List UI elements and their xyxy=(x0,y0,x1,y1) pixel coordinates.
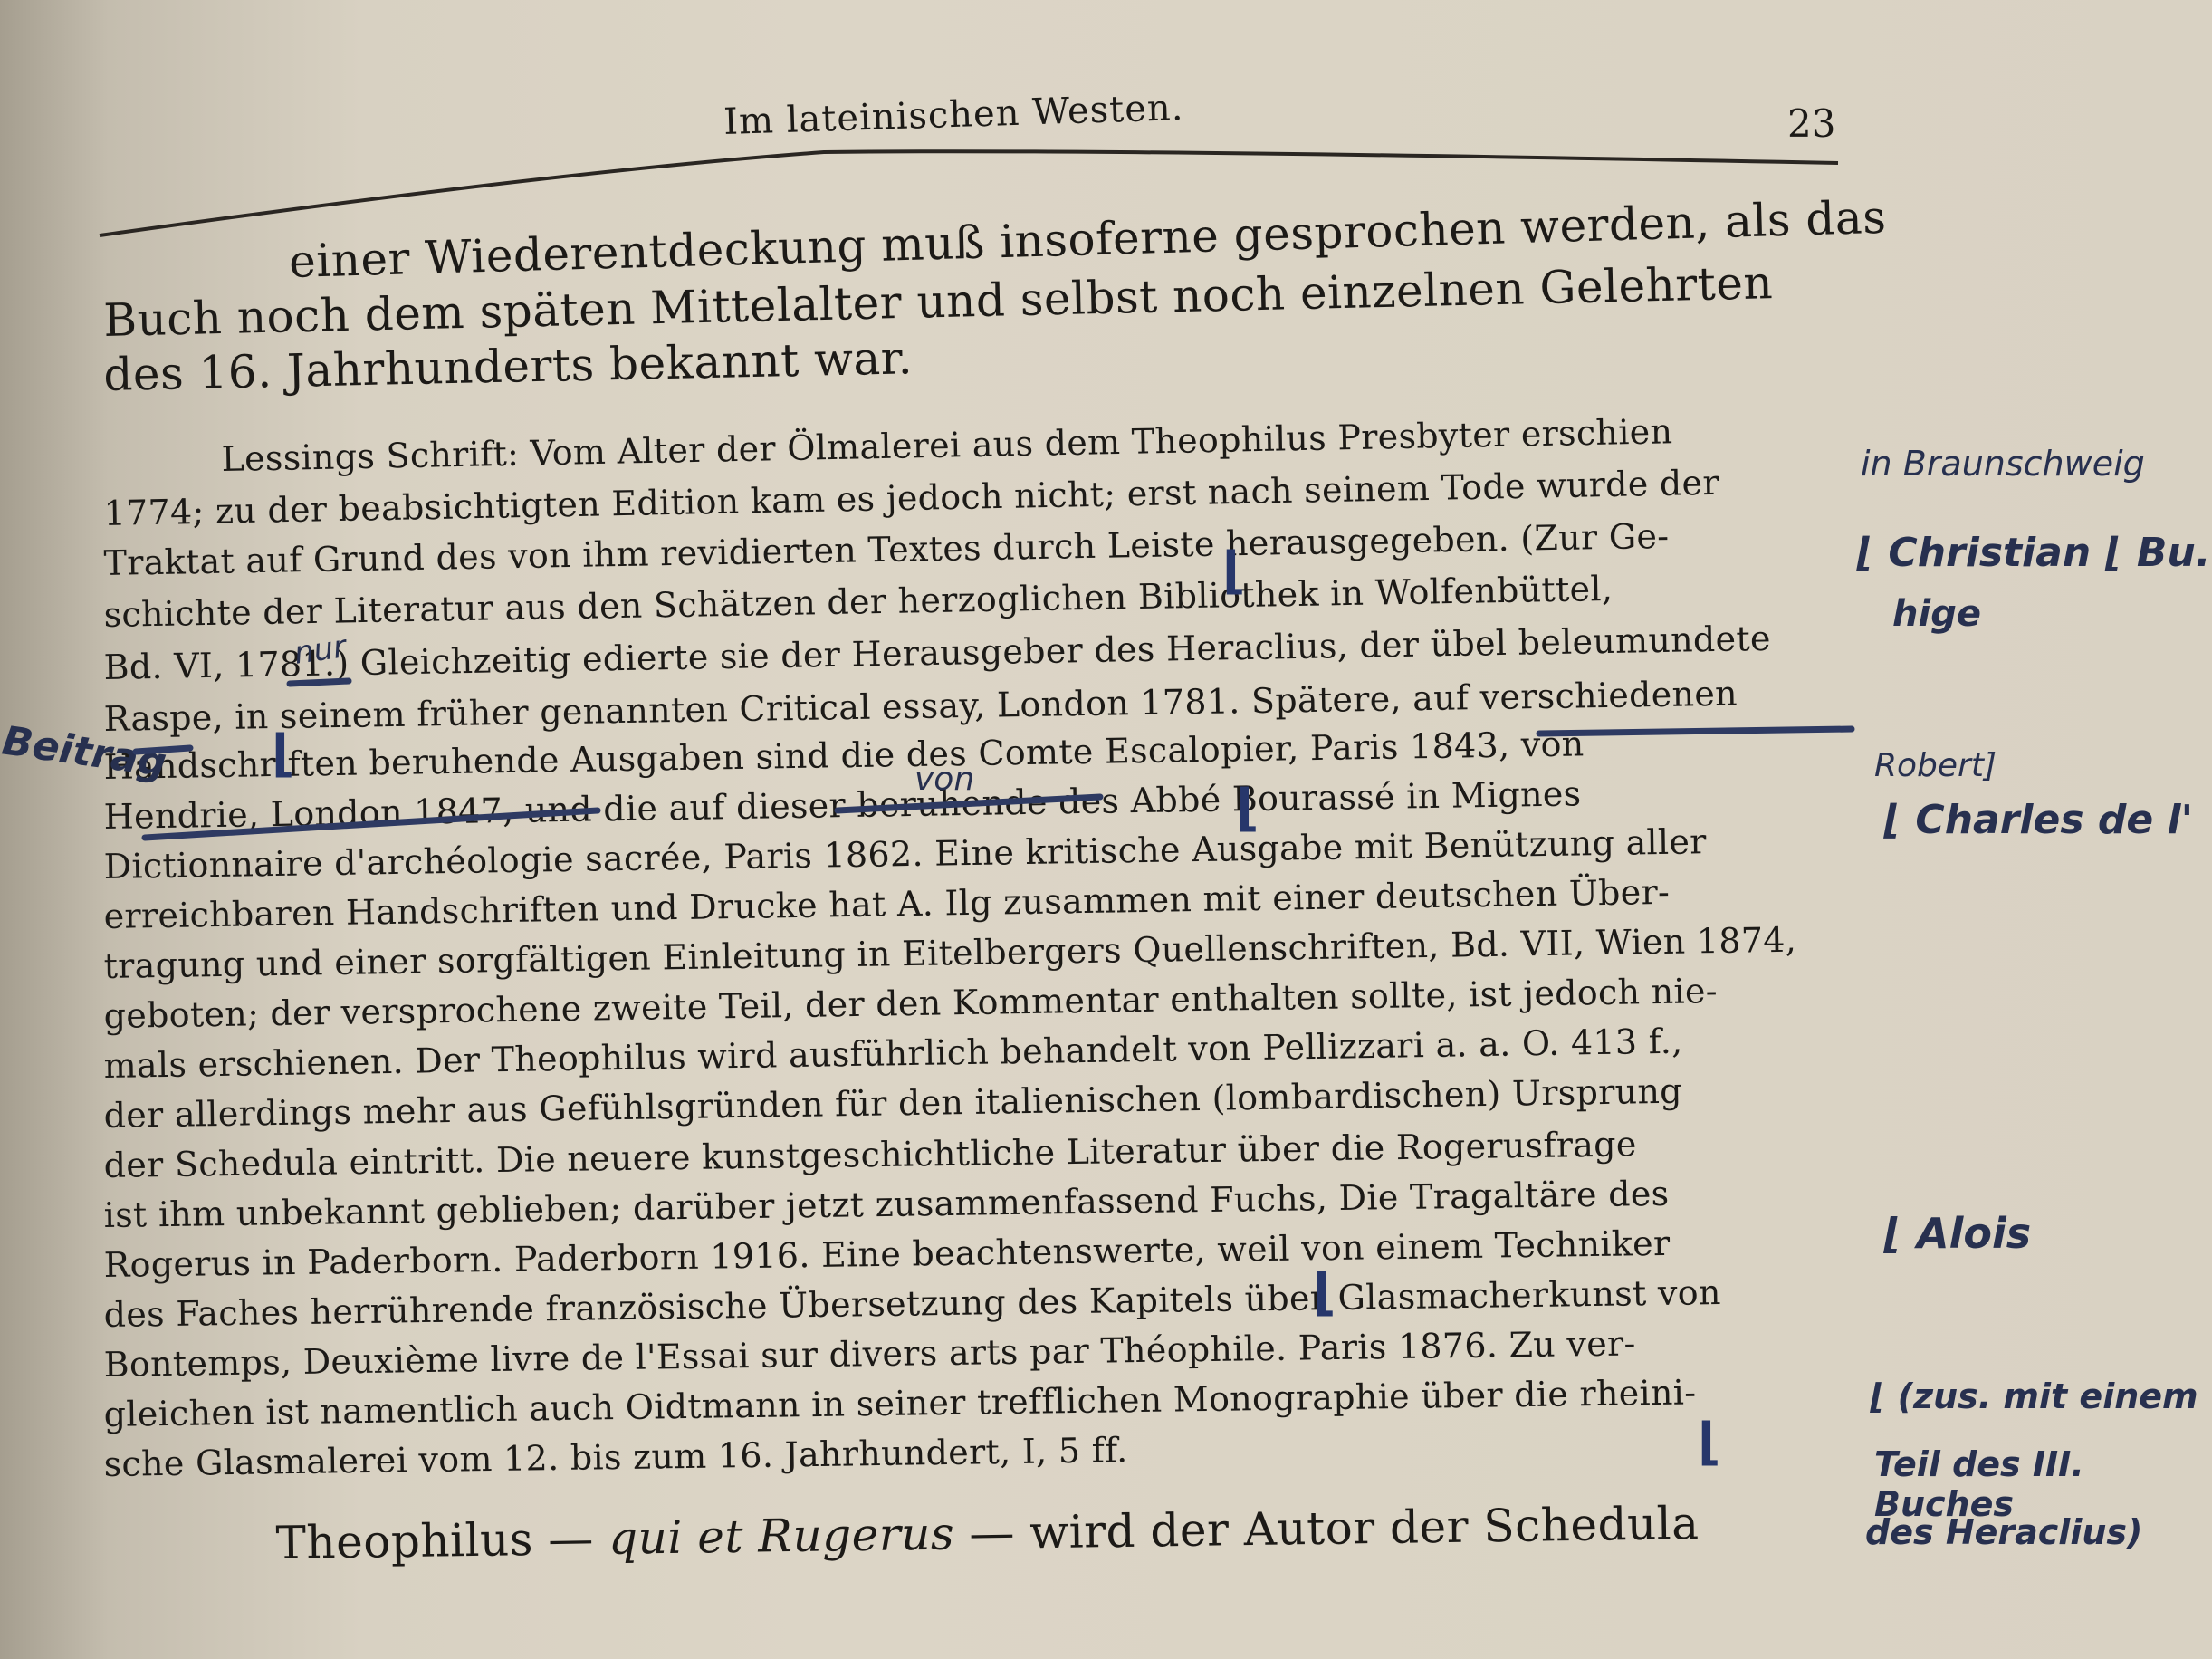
book-page: Im lateinischen Westen. 23 einer Wiedere… xyxy=(0,0,2212,1659)
strikethrough-marks xyxy=(0,0,2212,1659)
